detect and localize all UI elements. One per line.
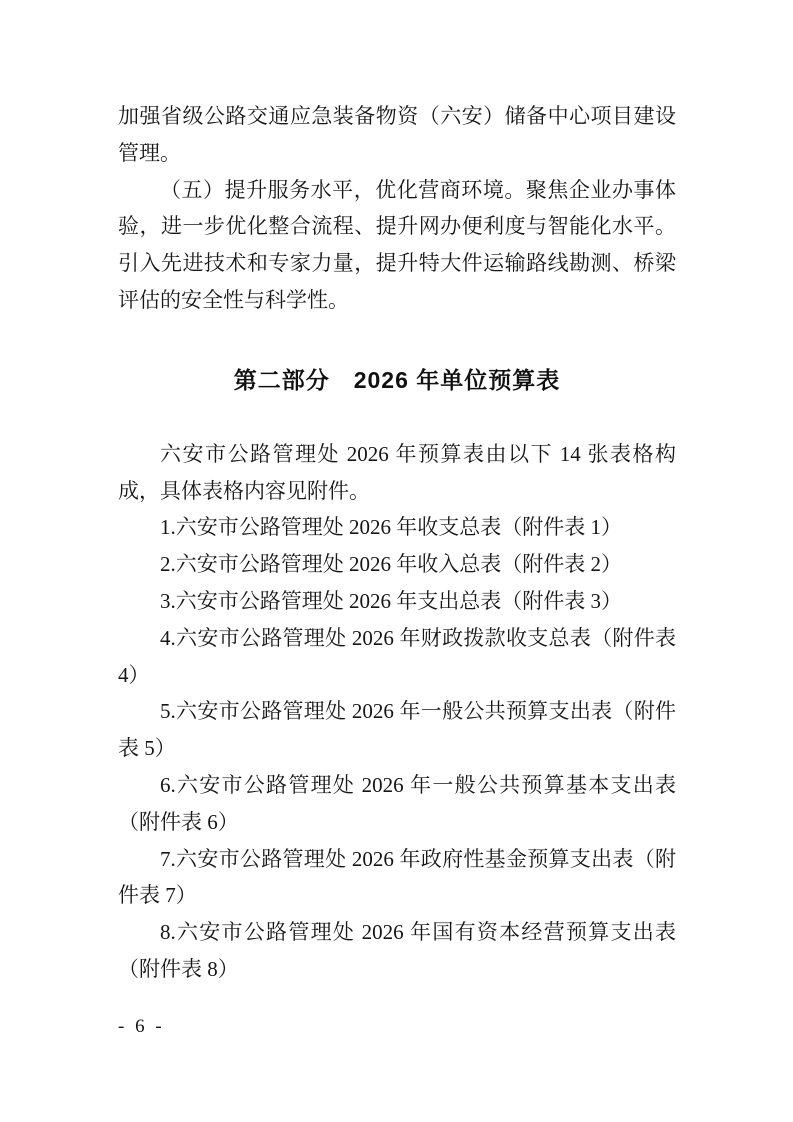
- page-number: - 6 -: [118, 1015, 165, 1039]
- table-list-item-4: 4.六安市公路管理处 2026 年财政拨款收支总表（附件表 4）: [118, 620, 676, 694]
- paragraph-point-five: （五）提升服务水平，优化营商环境。聚焦企业办事体验，进一步优化整合流程、提升网办…: [118, 172, 676, 319]
- table-list-item-5: 5.六安市公路管理处 2026 年一般公共预算支出表（附件表 5）: [118, 693, 676, 767]
- page-content: 加强省级公路交通应急装备物资（六安）储备中心项目建设管理。 （五）提升服务水平，…: [118, 98, 676, 988]
- table-list-item-7: 7.六安市公路管理处 2026 年政府性基金预算支出表（附件表 7）: [118, 841, 676, 915]
- document-page: 加强省级公路交通应急装备物资（六安）储备中心项目建设管理。 （五）提升服务水平，…: [0, 0, 793, 1122]
- table-list-item-1: 1.六安市公路管理处 2026 年收支总表（附件表 1）: [118, 509, 676, 546]
- table-list-item-8: 8.六安市公路管理处 2026 年国有资本经营预算支出表（附件表 8）: [118, 914, 676, 988]
- intro-paragraph: 六安市公路管理处 2026 年预算表由以下 14 张表格构成，具体表格内容见附件…: [118, 436, 676, 510]
- paragraph-continuation: 加强省级公路交通应急装备物资（六安）储备中心项目建设管理。: [118, 98, 676, 172]
- table-list-item-6: 6.六安市公路管理处 2026 年一般公共预算基本支出表（附件表 6）: [118, 767, 676, 841]
- table-list-item-3: 3.六安市公路管理处 2026 年支出总表（附件表 3）: [118, 583, 676, 620]
- table-list-item-2: 2.六安市公路管理处 2026 年收入总表（附件表 2）: [118, 546, 676, 583]
- section-heading: 第二部分 2026 年单位预算表: [118, 362, 676, 399]
